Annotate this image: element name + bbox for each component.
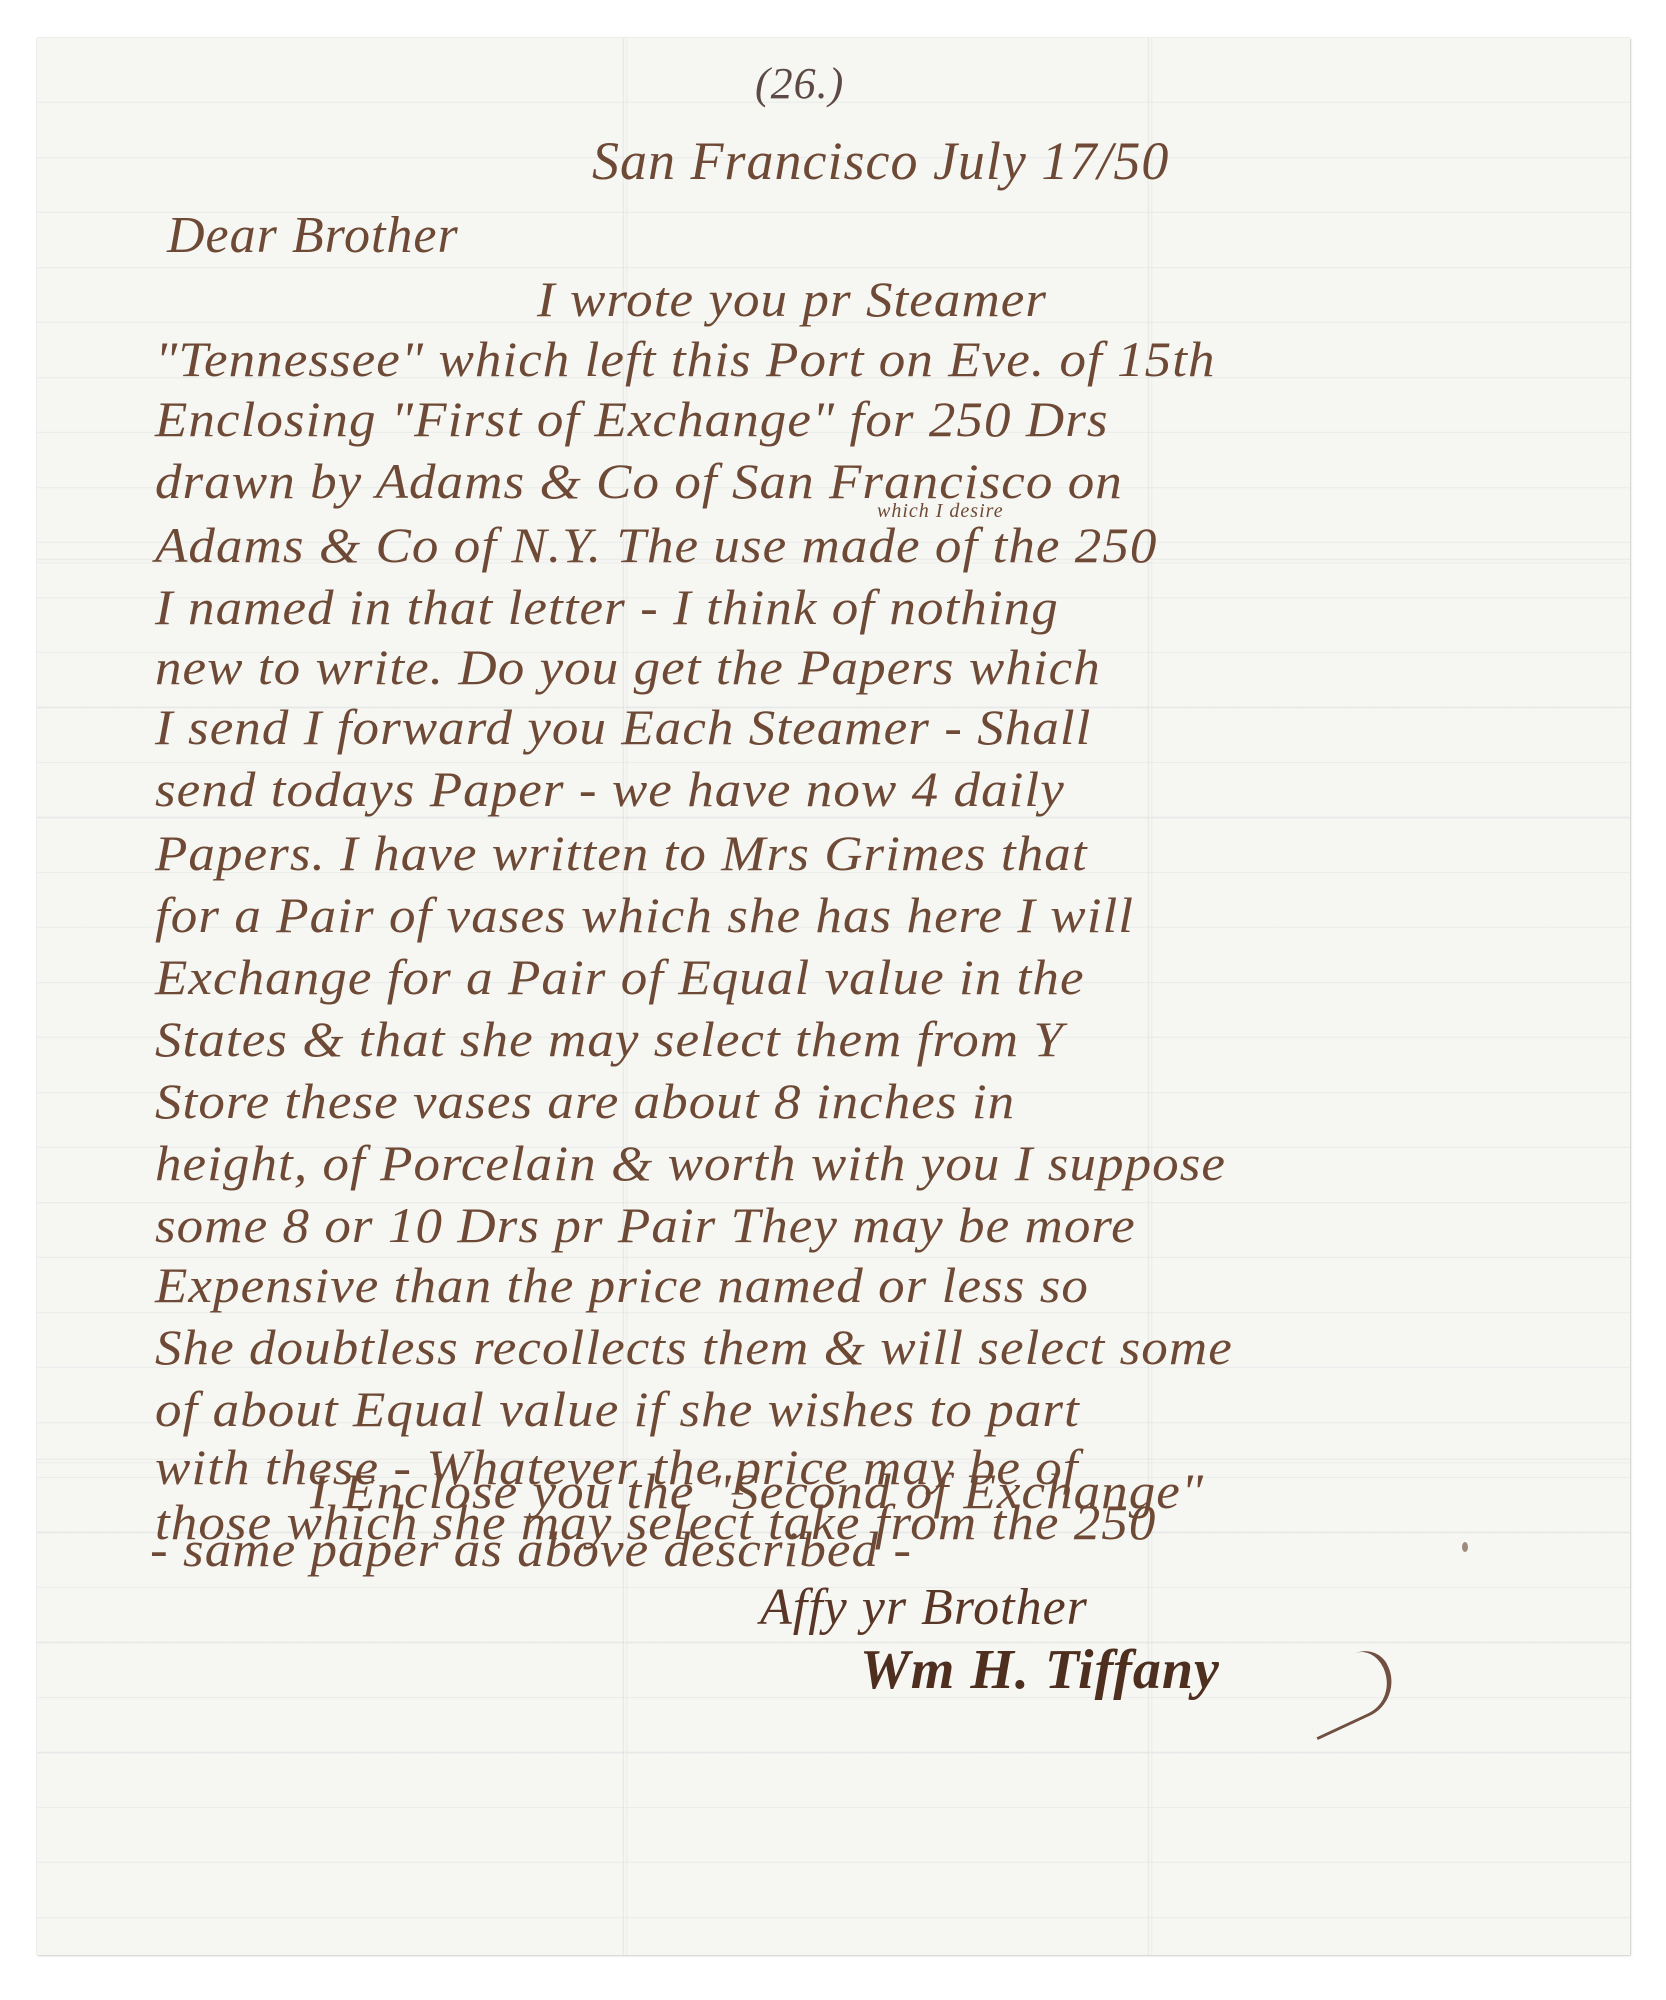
page-number: (26.) — [755, 58, 844, 109]
body-line: new to write. Do you get the Papers whic… — [155, 638, 1101, 696]
scan-canvas: (26.) San Francisco July 17/50 Dear Brot… — [0, 0, 1666, 2000]
body-line: Exchange for a Pair of Equal value in th… — [155, 948, 1085, 1006]
letter-sheet: (26.) San Francisco July 17/50 Dear Brot… — [37, 38, 1630, 1955]
body-line: Adams & Co of N.Y. The use made of the 2… — [155, 516, 1157, 574]
body-line: of about Equal value if she wishes to pa… — [155, 1380, 1080, 1438]
body-line: Papers. I have written to Mrs Grimes tha… — [155, 824, 1088, 882]
body-line: Expensive than the price named or less s… — [155, 1256, 1089, 1314]
body-line: for a Pair of vases which she has here I… — [155, 886, 1134, 944]
body-line: I send I forward you Each Steamer - Shal… — [155, 698, 1091, 756]
body-line: - same paper as above described - — [150, 1520, 912, 1578]
body-line: States & that she may select them from Y — [155, 1010, 1064, 1068]
body-line: "Tennessee" which left this Port on Eve.… — [155, 330, 1216, 388]
body-line: drawn by Adams & Co of San Francisco on — [155, 452, 1123, 510]
body-line: She doubtless recollects them & will sel… — [155, 1318, 1233, 1376]
ink-spot — [1462, 1542, 1468, 1552]
body-line: Enclosing "First of Exchange" for 250 Dr… — [155, 390, 1109, 448]
body-line: I named in that letter - I think of noth… — [155, 578, 1059, 636]
body-line: height, of Porcelain & worth with you I … — [155, 1134, 1226, 1192]
body-line: I Enclose you the "Second of Exchange" — [310, 1462, 1204, 1520]
closing: Affy yr Brother — [760, 1578, 1088, 1637]
signature: Wm H. Tiffany — [860, 1638, 1220, 1702]
body-line: I wrote you pr Steamer — [537, 270, 1047, 328]
body-line: Store these vases are about 8 inches in — [155, 1072, 1015, 1130]
body-line: some 8 or 10 Drs pr Pair They may be mor… — [155, 1196, 1136, 1254]
dateline: San Francisco July 17/50 — [592, 130, 1169, 192]
body-line: send todays Paper - we have now 4 daily — [155, 760, 1065, 818]
salutation: Dear Brother — [167, 206, 459, 265]
